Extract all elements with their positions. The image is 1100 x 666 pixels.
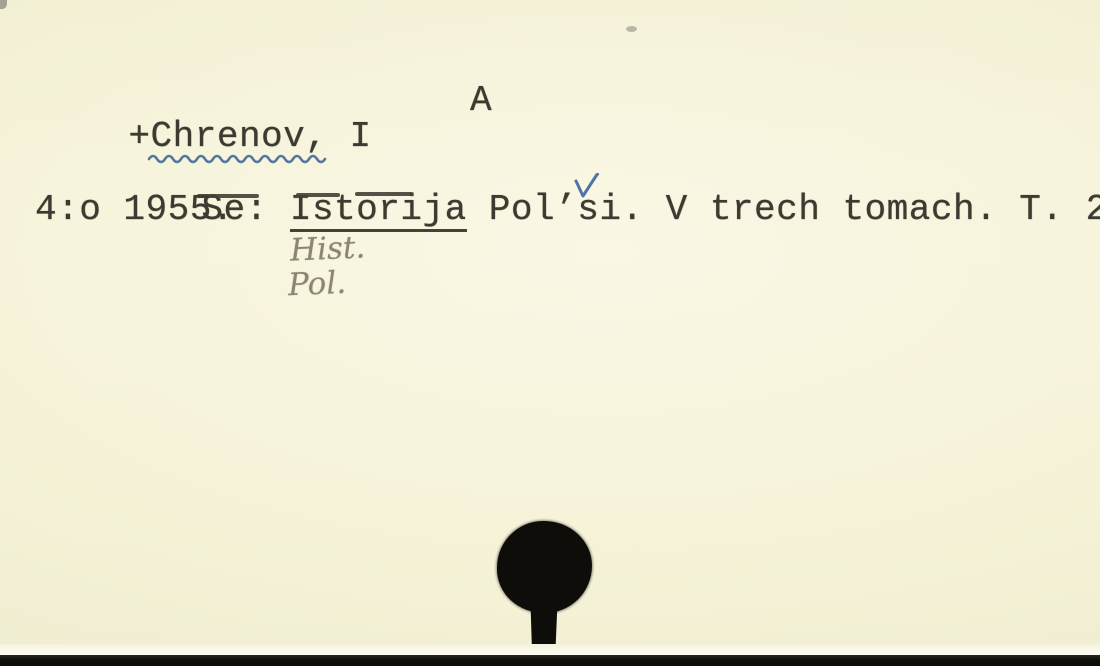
filing-letter: A <box>470 83 492 119</box>
s-with-caron: s <box>577 192 599 228</box>
background-strip <box>0 655 1100 666</box>
referenced-title: Istorija <box>290 192 467 232</box>
author-name: Chrenov, <box>151 119 328 155</box>
caron-mark-icon <box>572 173 600 201</box>
reference-line: Se: Istorija Pol’si. V trech tomach. T. … <box>113 156 1100 268</box>
author-initial: I <box>327 116 371 157</box>
underline-dash <box>355 192 413 196</box>
scan-speck <box>0 0 7 9</box>
reference-text: Pol’ <box>467 189 578 230</box>
pencil-note-hist: Hist. <box>289 230 366 267</box>
format-year-line: 4:o 1955. <box>35 192 234 228</box>
catalog-card: +Chrenov, IA Se: Istorija Pol’si. V trec… <box>0 0 1100 666</box>
reference-text-rest: i. V trech tomach. T. 2. <box>599 189 1100 230</box>
pencil-note-pol: Pol. <box>287 266 346 303</box>
underline-dash <box>296 193 340 197</box>
scan-speck <box>626 26 637 32</box>
